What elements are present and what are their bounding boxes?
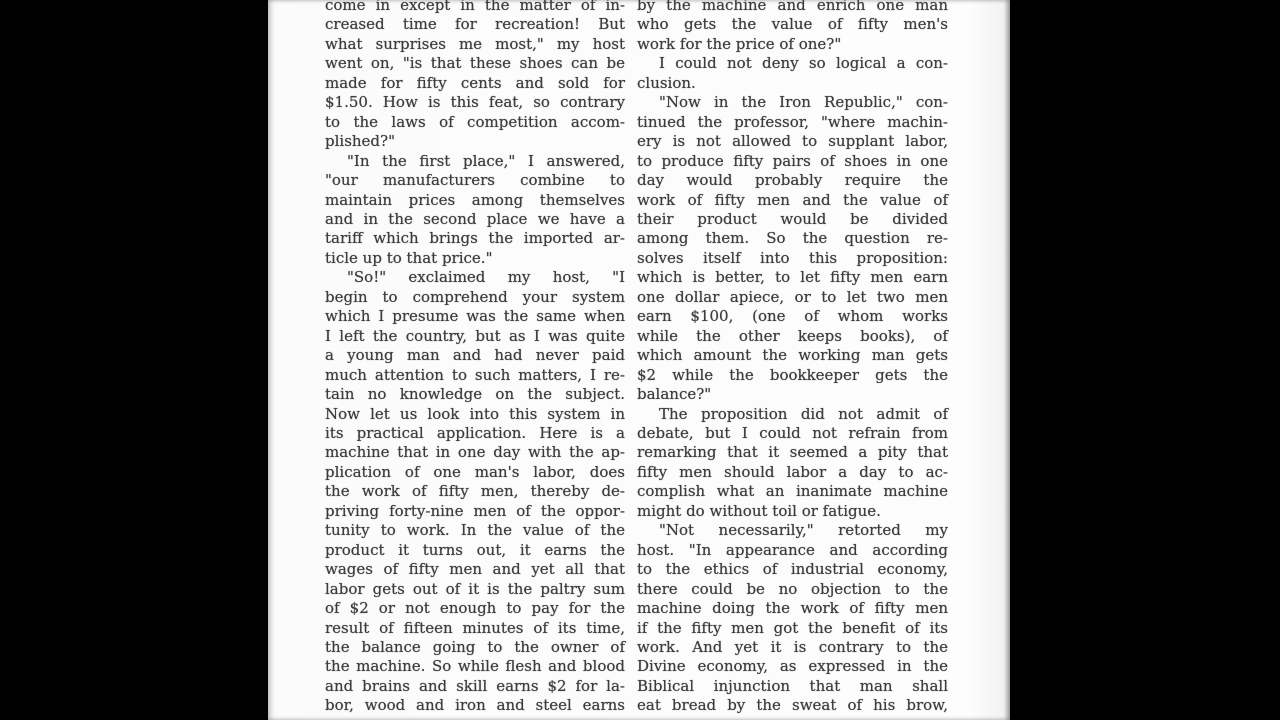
text-line: "our manufacturers combine to xyxy=(325,171,625,190)
text-line: who gets the value of fifty men's xyxy=(637,15,948,34)
text-line: among them. So the question re- xyxy=(637,229,948,248)
text-line: labor gets out of it is the paltry sum xyxy=(325,580,625,599)
text-line: machine that in one day with the ap- xyxy=(325,443,625,462)
text-line: the machine. So while flesh and blood xyxy=(325,657,625,676)
text-line: day would probably require the xyxy=(637,171,948,190)
text-line: maintain prices among themselves xyxy=(325,191,625,210)
text-line: might do without toil or fatigue. xyxy=(637,502,948,521)
text-line: begin to comprehend your system xyxy=(325,288,625,307)
text-line: and in the second place we have a xyxy=(325,210,625,229)
text-line: bor, wood and iron and steel earns xyxy=(325,696,625,715)
text-line: balance?" xyxy=(637,385,948,404)
text-line: earn $100, (one of whom works xyxy=(637,307,948,326)
text-line: $1.50. How is this feat, so contrary xyxy=(325,93,625,112)
text-line: result of fifteen minutes of its time, xyxy=(325,619,625,638)
text-line: made for fifty cents and sold for xyxy=(325,74,625,93)
book-page-scan: come in except in the matter of in-creas… xyxy=(268,0,1010,720)
text-line: Divine economy, as expressed in the xyxy=(637,657,948,676)
text-line: much attention to such matters, I re- xyxy=(325,366,625,385)
text-line: remarking that it seemed a pity that xyxy=(637,443,948,462)
text-line: tain no knowledge on the subject. xyxy=(325,385,625,404)
text-line: "In the first place," I answered, xyxy=(325,152,625,171)
text-line: $2 while the bookkeeper gets the xyxy=(637,366,948,385)
text-line: its practical application. Here is a xyxy=(325,424,625,443)
text-line: work. And yet it is contrary to the xyxy=(637,638,948,657)
text-line: work for the price of one?" xyxy=(637,35,948,54)
text-line: which amount the working man gets xyxy=(637,346,948,365)
text-line: eat bread by the sweat of his brow, xyxy=(637,696,948,715)
text-line: come in except in the matter of in- xyxy=(325,0,625,15)
text-line: product it turns out, it earns the xyxy=(325,541,625,560)
text-line: ticle up to that price." xyxy=(325,249,625,268)
text-line: fifty men should labor a day to ac- xyxy=(637,463,948,482)
text-line: which is better, to let fifty men earn xyxy=(637,268,948,287)
text-line: complish what an inanimate machine xyxy=(637,482,948,501)
text-line: I left the country, but as I was quite xyxy=(325,327,625,346)
text-line: creased time for recreation! But xyxy=(325,15,625,34)
text-line: while the other keeps books), of xyxy=(637,327,948,346)
text-line: solves itself into this proposition: xyxy=(637,249,948,268)
text-line: wages of fifty men and yet all that xyxy=(325,560,625,579)
text-line: "So!" exclaimed my host, "I xyxy=(325,268,625,287)
text-line: Biblical injunction that man shall xyxy=(637,677,948,696)
text-column-right: by the machine and enrich one manwho get… xyxy=(637,0,948,716)
text-line: clusion. xyxy=(637,74,948,93)
text-line: to the ethics of industrial economy, xyxy=(637,560,948,579)
text-line: a young man and had never paid xyxy=(325,346,625,365)
text-line: the balance going to the owner of xyxy=(325,638,625,657)
text-line: plication of one man's labor, does xyxy=(325,463,625,482)
text-line: "Now in the Iron Republic," con- xyxy=(637,93,948,112)
text-line: debate, but I could not refrain from xyxy=(637,424,948,443)
text-line: what surprises me most," my host xyxy=(325,35,625,54)
text-column-left: come in except in the matter of in-creas… xyxy=(325,0,625,716)
text-line: to the laws of competition accom- xyxy=(325,113,625,132)
text-line: plished?" xyxy=(325,132,625,151)
text-line: ery is not allowed to supplant labor, xyxy=(637,132,948,151)
text-line: tinued the professor, "where machin- xyxy=(637,113,948,132)
text-line: I could not deny so logical a con- xyxy=(637,54,948,73)
text-line: one dollar apiece, or to let two men xyxy=(637,288,948,307)
text-line: if the fifty men got the benefit of its xyxy=(637,619,948,638)
text-line: host. "In appearance and according xyxy=(637,541,948,560)
text-line: their product would be divided xyxy=(637,210,948,229)
text-line: by the machine and enrich one man xyxy=(637,0,948,15)
text-line: work of fifty men and the value of xyxy=(637,191,948,210)
text-line: Now let us look into this system in xyxy=(325,405,625,424)
text-line: "Not necessarily," retorted my xyxy=(637,521,948,540)
text-line: machine doing the work of fifty men xyxy=(637,599,948,618)
text-line: the work of fifty men, thereby de- xyxy=(325,482,625,501)
text-line: of $2 or not enough to pay for the xyxy=(325,599,625,618)
text-line: went on, "is that these shoes can be xyxy=(325,54,625,73)
text-line: tunity to work. In the value of the xyxy=(325,521,625,540)
viewer-background: come in except in the matter of in-creas… xyxy=(0,0,1280,720)
text-line: there could be no objection to the xyxy=(637,580,948,599)
text-line: tariff which brings the imported ar- xyxy=(325,229,625,248)
text-line: priving forty-nine men of the oppor- xyxy=(325,502,625,521)
text-line: and brains and skill earns $2 for la- xyxy=(325,677,625,696)
text-line: The proposition did not admit of xyxy=(637,405,948,424)
text-line: which I presume was the same when xyxy=(325,307,625,326)
text-line: to produce fifty pairs of shoes in one xyxy=(637,152,948,171)
